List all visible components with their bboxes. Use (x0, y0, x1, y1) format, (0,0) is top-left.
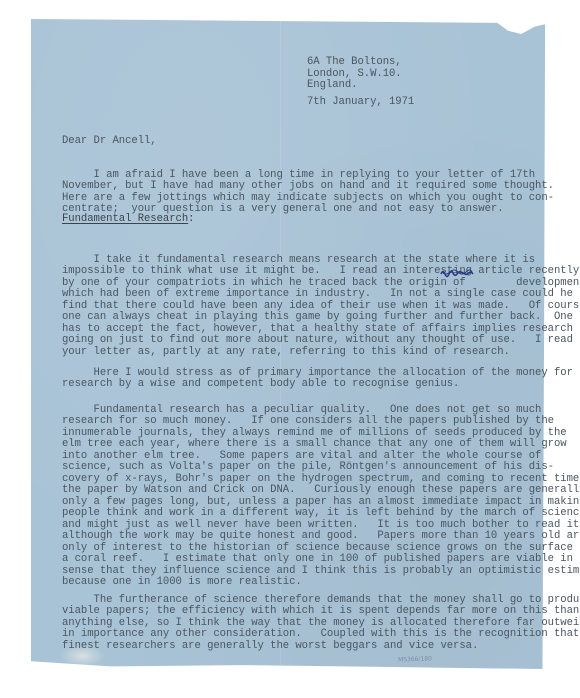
text-line: research for so much money. If one consi… (62, 416, 580, 428)
handwritten-scribble (440, 268, 474, 278)
paragraph-furtherance: The furtherance of science therefore dem… (62, 583, 580, 664)
text-line: the paper by Watson and Crick on DNA. Cu… (62, 485, 580, 497)
text-line: science, such as Volta's paper on the pi… (62, 462, 580, 474)
address-line: England. (307, 80, 402, 92)
text-line: finest researchers are generally the wor… (62, 641, 580, 653)
text-line: a coral reef. I estimate that only one i… (62, 554, 580, 566)
text-line: one can always cheat in playing this gam… (62, 312, 580, 324)
text-line: which had been of extreme importance in … (62, 289, 580, 301)
text-line: elm tree each year, where there is a sma… (62, 439, 580, 451)
heading-text: Fundamental Research (62, 213, 188, 225)
letter-date: 7th January, 1971 (307, 97, 414, 109)
archive-reference: MS366/180 (398, 655, 432, 663)
section-heading: Fundamental Research: (62, 214, 194, 226)
text-line: going on just to find out more about nat… (62, 335, 580, 347)
text-line: although the work may be quite honest an… (62, 531, 580, 543)
text-line: November, but I have had many other jobs… (62, 181, 554, 193)
paragraph-peculiar-quality: Fundamental research has a peculiar qual… (62, 393, 580, 600)
paragraph-fundamental: I take it fundamental research means res… (62, 243, 580, 370)
address-line: 6A The Boltons, (307, 57, 402, 69)
text-line: impossible to think what use it might be… (62, 266, 580, 278)
text-line: people think and work in a different way… (62, 508, 580, 520)
text-line: research by a wise and competent body ab… (62, 379, 573, 391)
sender-address: 6A The Boltons,London, S.W.10.England. (307, 57, 402, 92)
text-line: viable papers; the efficiency with which… (62, 606, 580, 618)
salutation: Dear Dr Ancell, (62, 136, 157, 148)
heading-colon: : (188, 214, 194, 226)
text-line: in importance any other consideration. C… (62, 629, 580, 641)
